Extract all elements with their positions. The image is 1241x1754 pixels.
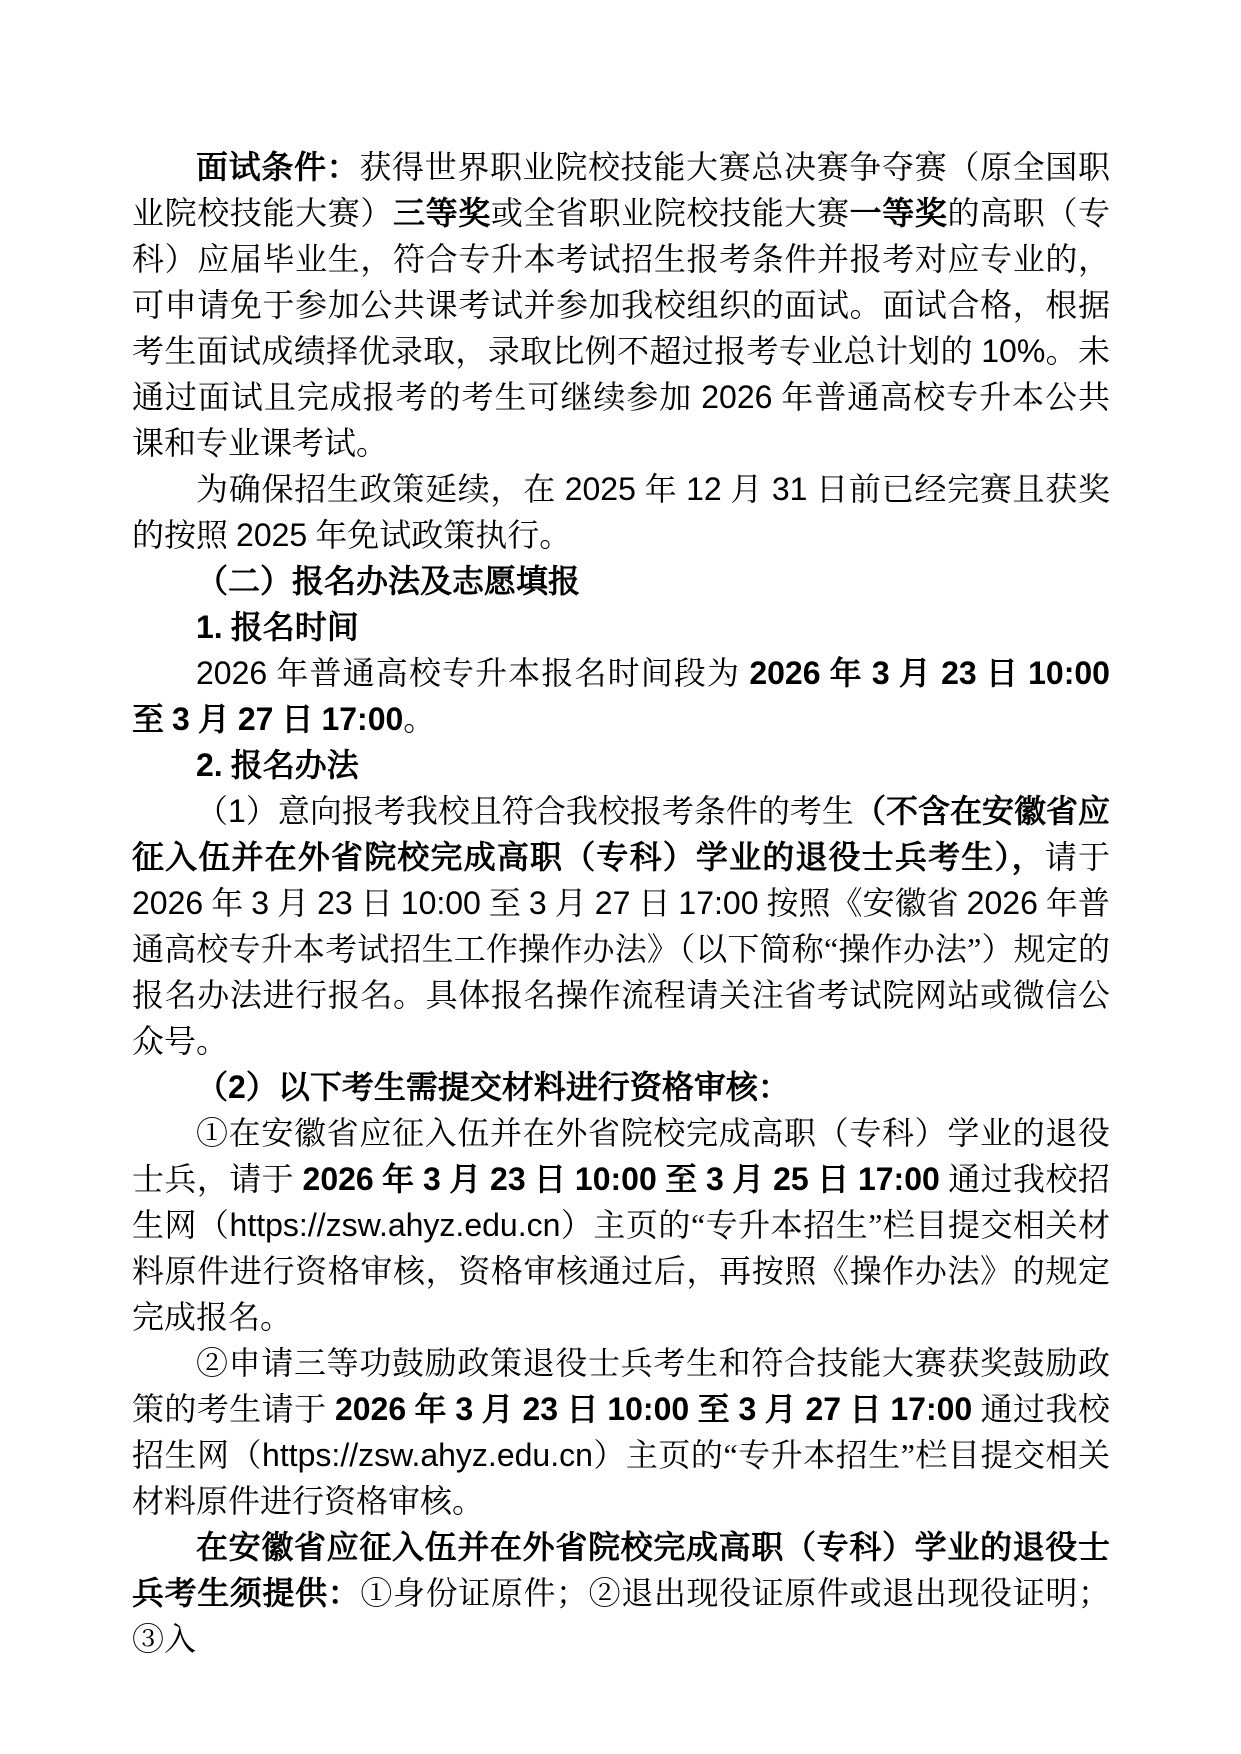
latin-text: 10:00 xyxy=(1028,655,1110,691)
latin-text: 2026 xyxy=(196,655,267,691)
latin-text: https://zsw.ahyz.edu.cn xyxy=(262,1437,593,1473)
latin-text: 2026 xyxy=(335,1391,406,1427)
latin-text: 2026 xyxy=(749,655,820,691)
registration-time-paragraph: 2026 年普通高校专升本报名时间段为 2026 年 3 月 23 日 10:0… xyxy=(132,650,1110,742)
latin-text: 27 xyxy=(238,701,274,737)
latin-text: 3 xyxy=(872,655,890,691)
latin-text: 17:00 xyxy=(890,1391,972,1427)
latin-text: 27 xyxy=(595,885,631,921)
latin-text: 3 xyxy=(706,1161,724,1197)
latin-text: 2 xyxy=(228,1069,246,1105)
latin-text: 12 xyxy=(686,471,722,507)
qualification-review-item-2: ②申请三等功鼓励政策退役士兵考生和符合技能大赛获奖鼓励政策的考生请于 2026 … xyxy=(132,1340,1110,1524)
latin-text: 2026 xyxy=(701,379,772,415)
interview-conditions-paragraph: 面试条件：获得世界职业院校技能大赛总决赛争夺赛（原全国职业院校技能大赛）三等奖或… xyxy=(132,144,1110,466)
qualification-review-item-1: ①在安徽省应征入伍并在外省院校完成高职（专科）学业的退役士兵，请于 2026 年… xyxy=(132,1110,1110,1340)
latin-text: 3 xyxy=(529,885,547,921)
latin-text: 2026 xyxy=(132,885,203,921)
sub-heading-1-registration-time: 1. 报名时间 xyxy=(132,604,1110,650)
latin-text: 3 xyxy=(455,1391,473,1427)
veteran-materials-paragraph: 在安徽省应征入伍并在外省院校完成高职（专科）学业的退役士兵考生须提供：①身份证原… xyxy=(132,1524,1110,1662)
latin-text: 23 xyxy=(941,655,977,691)
latin-text: 2025 xyxy=(236,517,307,553)
latin-text: 10% xyxy=(981,333,1045,369)
latin-text: 10:00 xyxy=(401,885,481,921)
policy-continuity-paragraph: 为确保招生政策延续，在 2025 年 12 月 31 日前已经完赛且获奖的按照 … xyxy=(132,466,1110,558)
latin-text: 3 xyxy=(423,1161,441,1197)
registration-method-item-2-heading: （2）以下考生需提交材料进行资格审核： xyxy=(132,1064,1110,1110)
latin-text: 2. xyxy=(196,747,223,783)
registration-method-item-1: （1）意向报考我校且符合我校报考条件的考生（不含在安徽省应征入伍并在外省院校完成… xyxy=(132,788,1110,1064)
latin-text: 10:00 xyxy=(607,1391,689,1427)
latin-text: 10:00 xyxy=(575,1161,657,1197)
document-page: 面试条件：获得世界职业院校技能大赛总决赛争夺赛（原全国职业院校技能大赛）三等奖或… xyxy=(0,0,1241,1754)
document-content: 面试条件：获得世界职业院校技能大赛总决赛争夺赛（原全国职业院校技能大赛）三等奖或… xyxy=(132,144,1110,1662)
latin-text: 23 xyxy=(522,1391,558,1427)
latin-text: 27 xyxy=(806,1391,842,1427)
latin-text: 23 xyxy=(317,885,353,921)
latin-text: 2025 xyxy=(565,471,636,507)
latin-text: 25 xyxy=(773,1161,809,1197)
latin-text: 23 xyxy=(490,1161,526,1197)
sub-heading-2-registration-method: 2. 报名办法 xyxy=(132,742,1110,788)
latin-text: https://zsw.ahyz.edu.cn xyxy=(230,1207,561,1243)
latin-text: 1 xyxy=(228,793,246,829)
latin-text: 3 xyxy=(738,1391,756,1427)
latin-text: 31 xyxy=(772,471,808,507)
latin-text: 3 xyxy=(251,885,269,921)
latin-text: 2026 xyxy=(967,885,1038,921)
latin-text: 1. xyxy=(196,609,223,645)
latin-text: 17:00 xyxy=(858,1161,940,1197)
latin-text: 2026 xyxy=(303,1161,374,1197)
section-2-heading: （二）报名办法及志愿填报 xyxy=(132,558,1110,604)
latin-text: 17:00 xyxy=(321,701,403,737)
latin-text: 3 xyxy=(172,701,190,737)
latin-text: 17:00 xyxy=(678,885,758,921)
